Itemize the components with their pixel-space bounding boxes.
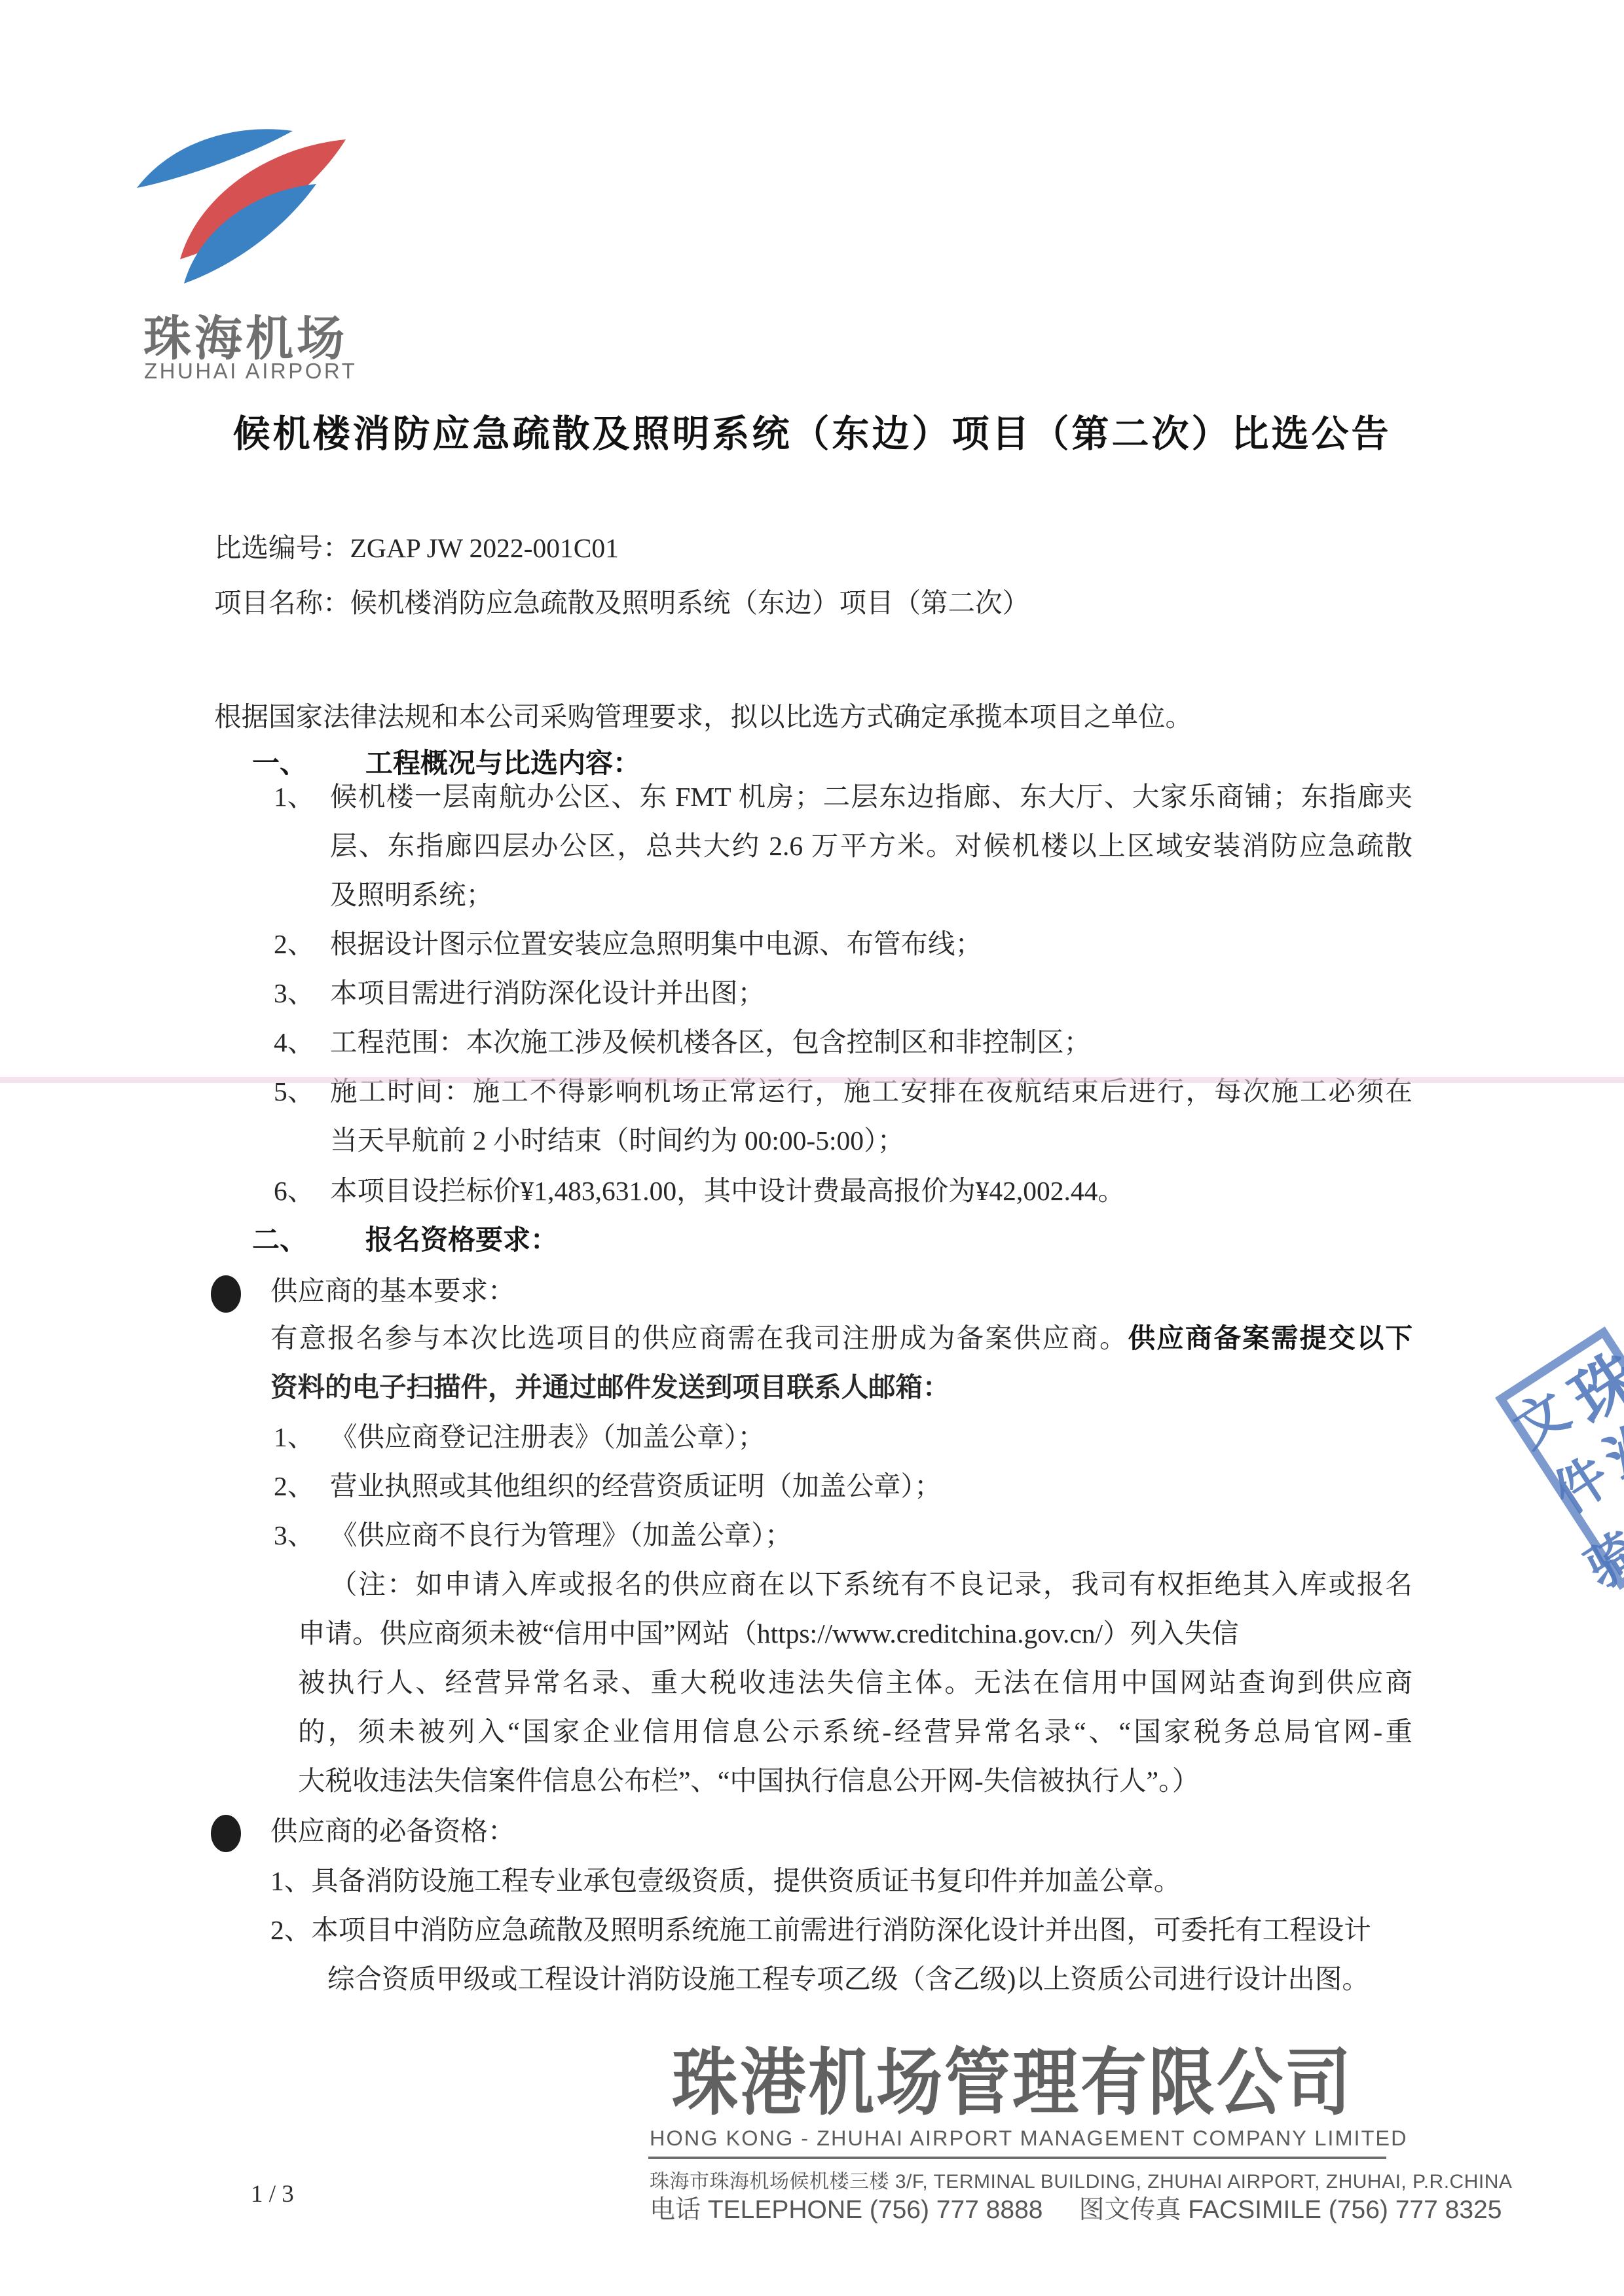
scan-artifact-line xyxy=(0,1077,1624,1083)
qualification-text: 具备消防设施工程专业承包壹级资质，提供资质证书复印件并加盖公章。 xyxy=(311,1866,1181,1896)
list-item: 工程范围：本次施工涉及候机楼各区，包含控制区和非控制区； xyxy=(330,1018,1412,1067)
list-item-number: 5、 xyxy=(274,1067,314,1116)
list-item-number: 2、 xyxy=(274,920,314,969)
list-item: 根据设计图示位置安装应急照明集中电源、布管布线； xyxy=(330,920,1412,969)
qualification-number: 1、 xyxy=(270,1866,311,1896)
zhuhai-airport-logo: 珠海机场 ZHUHAI AIRPORT xyxy=(128,124,363,386)
list-item: 本项目设拦标价¥1,483,631.00，其中设计费最高报价为¥42,002.4… xyxy=(330,1167,1412,1216)
list-item: 本项目需进行消防深化设计并出图； xyxy=(330,969,1412,1018)
project-name-line: 项目名称：候机楼消防应急疏散及照明系统（东边）项目（第二次） xyxy=(214,579,1029,628)
paragraph-text: 有意报名参与本次比选项目的供应商需在我司注册成为备案供应商。 xyxy=(270,1323,1128,1353)
section2-number: 二、 xyxy=(252,1216,307,1266)
footer-company-name-cn: 珠港机场管理有限公司 xyxy=(672,2024,1353,2129)
list-item-number: 1、 xyxy=(274,773,314,822)
project-name-value: 候机楼消防应急疏散及照明系统（东边）项目（第二次） xyxy=(350,588,1030,618)
footer-contact-line: 电话 TELEPHONE (756) 777 8888图文传真 FACSIMIL… xyxy=(650,2189,1502,2226)
registration-paragraph-line: 资料的电子扫描件，并通过邮件发送到项目联系人邮箱： xyxy=(270,1363,950,1412)
note-line: 大税收违法失信案件信息公布栏”、“中国执行信息公开网-失信被执行人”。） xyxy=(298,1757,1199,1806)
sub-item-text: 营业执照或其他组织的经营资质证明（加盖公章）； xyxy=(330,1462,942,1511)
footer-telephone: 电话 TELEPHONE (756) 777 8888 xyxy=(650,2196,1043,2224)
body-line: 及照明系统； xyxy=(330,871,1412,920)
body-line: 施工时间：施工不得影响机场正常运行，施工安排在夜航结束后进行，每次施工必须在 xyxy=(330,1067,1412,1116)
bid-number-label: 比选编号： xyxy=(214,533,350,563)
footer-divider xyxy=(648,2157,1386,2159)
sub-item-number: 2、 xyxy=(274,1462,314,1511)
footer-facsimile: 图文传真 FACSIMILE (756) 777 8325 xyxy=(1079,2196,1502,2224)
list-item-number: 4、 xyxy=(274,1018,314,1067)
note-line: 被执行人、经营异常名录、重大税收违法失信主体。无法在信用中国网站查询到供应商 xyxy=(298,1658,1412,1707)
bid-number-value: ZGAP JW 2022-001C01 xyxy=(350,533,619,563)
qualification-number: 2、 xyxy=(270,1915,311,1945)
list-item: 候机楼一层南航办公区、东 FMT 机房；二层东边指廊、东大厅、大家乐商铺；东指廊… xyxy=(330,773,1412,920)
note-line: 申请。供应商须未被“信用中国”网站（https://www.creditchin… xyxy=(298,1609,1239,1658)
note-line: （注：如申请入库或报名的供应商在以下系统有不良记录，我司有权拒绝其入库或报名 xyxy=(330,1560,1412,1609)
qualification-item: 1、具备消防设施工程专业承包壹级资质，提供资质证书复印件并加盖公章。 xyxy=(270,1857,1181,1906)
page-title: 候机楼消防应急疏散及照明系统（东边）项目（第二次）比选公告 xyxy=(0,407,1624,462)
qualification-text: 本项目中消防应急疏散及照明系统施工前需进行消防深化设计并出图，可委托有工程设计 xyxy=(311,1915,1371,1945)
page-number: 1 / 3 xyxy=(251,2180,294,2208)
intro-paragraph: 根据国家法律法规和本公司采购管理要求，拟以比选方式确定承揽本项目之单位。 xyxy=(214,693,1192,742)
list-item-number: 6、 xyxy=(274,1167,314,1216)
sub-item-text: 《供应商不良行为管理》（加盖公章）； xyxy=(330,1511,792,1560)
bid-number-line: 比选编号：ZGAP JW 2022-001C01 xyxy=(214,524,619,573)
registration-paragraph-line: 有意报名参与本次比选项目的供应商需在我司注册成为备案供应商。供应商备案需提交以下 xyxy=(270,1314,1412,1363)
project-name-label: 项目名称： xyxy=(214,588,350,618)
note-line: 的，须未被列入“国家企业信用信息公示系统-经营异常名录“、“国家税务总局官网-重 xyxy=(298,1707,1412,1757)
body-line: 当天早航前 2 小时结束（时间约为 00:00-5:00）； xyxy=(330,1116,1412,1165)
footer-company-name-en: HONG KONG - ZHUHAI AIRPORT MANAGEMENT CO… xyxy=(650,2126,1408,2151)
body-line: 层、东指廊四层办公区，总共大约 2.6 万平方米。对候机楼以上区域安装消防应急疏… xyxy=(330,822,1412,871)
section2-heading: 报名资格要求： xyxy=(365,1216,558,1266)
list-item-number: 3、 xyxy=(274,969,314,1018)
basic-requirements-label: 供应商的基本要求： xyxy=(270,1267,515,1316)
logo-swoosh-icon xyxy=(128,124,357,288)
sub-item-number: 3、 xyxy=(274,1511,314,1560)
sub-item-text: 《供应商登记注册表》（加盖公章）； xyxy=(330,1413,765,1462)
document-page: 珠海机场 ZHUHAI AIRPORT 候机楼消防应急疏散及照明系统（东边）项目… xyxy=(0,0,1624,2296)
qualification-text: 综合资质甲级或工程设计消防设施工程专项乙级（含乙级)以上资质公司进行设计出图。 xyxy=(327,1955,1369,2004)
sub-item-number: 1、 xyxy=(274,1413,314,1462)
bullet-icon xyxy=(211,1815,241,1852)
required-qualifications-label: 供应商的必备资格： xyxy=(270,1807,515,1856)
bullet-icon xyxy=(211,1275,241,1313)
body-line: 候机楼一层南航办公区、东 FMT 机房；二层东边指廊、东大厅、大家乐商铺；东指廊… xyxy=(330,773,1412,822)
paragraph-text-bold: 供应商备案需提交以下 xyxy=(1128,1323,1412,1353)
qualification-item: 2、本项目中消防应急疏散及照明系统施工前需进行消防深化设计并出图，可委托有工程设… xyxy=(270,1906,1371,1955)
logo-name-en: ZHUHAI AIRPORT xyxy=(144,359,357,384)
